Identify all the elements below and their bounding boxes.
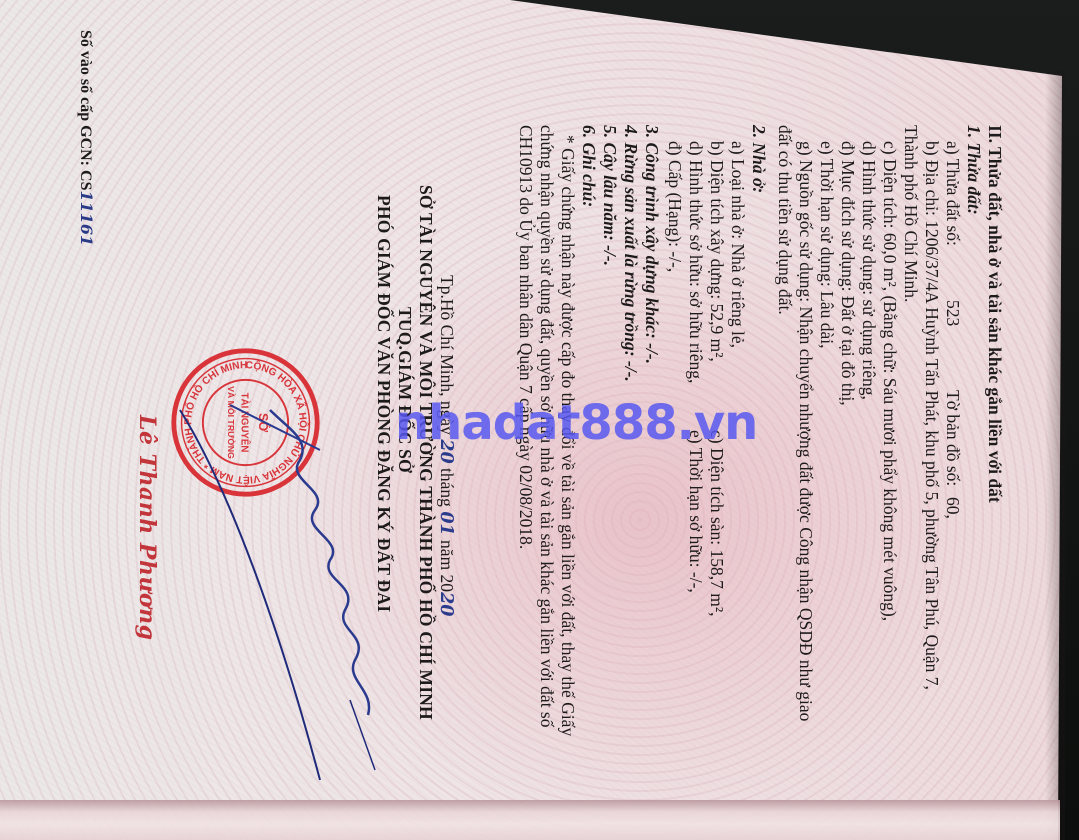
land-parcel-label: a) Thửa đất số:: [942, 141, 963, 246]
notes-heading: 6. Ghi chú:: [578, 125, 599, 207]
signer-title: PHÓ GIÁM ĐỐC VĂN PHÒNG ĐĂNG KÝ ĐẤT ĐAI: [373, 195, 394, 612]
perennial-trees: 5. Cây lâu năm: -/-.: [599, 125, 620, 266]
map-sheet-number: 60,: [942, 497, 963, 519]
watermark-text: nhadat888.vn: [395, 395, 757, 451]
month-label: tháng: [437, 468, 457, 507]
section-title: II. Thửa đất, nhà ở và tài sản khác gắn …: [984, 125, 1005, 503]
land-address-city: Thành phố Hồ Chí Minh.: [900, 125, 921, 302]
land-use-purpose: đ) Mục đích sử dụng: Đất ở tại đô thị,: [837, 141, 858, 406]
land-origin-cont: đất có thu tiền sử dụng đất.: [774, 125, 795, 315]
year-label: năm 20: [437, 540, 457, 592]
house-floor-area: c) Diện tích sàn: 158,7 m²,: [706, 430, 727, 617]
land-address: b) Địa chỉ: 1206/37/4A Huỳnh Tấn Phát, k…: [921, 141, 942, 690]
land-area: c) Diện tích: 60,0 m², (Bằng chữ: Sáu mư…: [879, 141, 900, 621]
date-year-suffix: 20: [436, 592, 456, 616]
signer-name: Lê Thanh Phương: [136, 415, 157, 640]
register-number: Số vào sổ cấp GCN: CS11161: [75, 30, 97, 246]
production-forest: 4. Rừng sản xuất là rừng trồng: -/-.: [620, 125, 641, 382]
certificate-content: II. Thửa đất, nhà ở và tài sản khác gắn …: [45, 95, 1005, 815]
map-sheet-label: Tờ bản đồ số:: [942, 390, 963, 486]
notes-line-3: CH10913 do Ủy ban nhân dân Quận 7 cấp ng…: [515, 125, 536, 549]
date-month: 01: [436, 511, 456, 535]
other-works: 3. Công trình xây dựng khác: -/-.: [641, 125, 662, 364]
land-use-form: d) Hình thức sử dụng: sử dụng riêng,: [858, 141, 879, 400]
house-ownership: d) Hình thức sở hữu: sở hữu riêng,: [685, 141, 706, 383]
house-type: a) Loại nhà ở: Nhà ở riêng lẻ,: [727, 141, 748, 348]
land-use-term: e) Thời hạn sử dụng: Lâu dài,: [816, 141, 837, 348]
land-heading: 1. Thửa đất:: [963, 125, 984, 215]
land-parcel-number: 523: [942, 300, 963, 326]
house-grade: đ) Cấp (Hạng): -/-,: [664, 141, 685, 272]
house-ownership-term: e) Thời hạn sở hữu: -/-,: [685, 430, 706, 593]
register-label: Số vào sổ cấp GCN: CS: [77, 30, 94, 190]
register-serial: 11161: [77, 190, 96, 246]
land-origin: g) Nguồn gốc sử dụng: Nhận chuyển nhượng…: [795, 141, 816, 721]
issuing-agency: SỞ TÀI NGUYÊN VÀ MÔI TRƯỜNG THÀNH PHỐ HỒ…: [415, 185, 436, 720]
house-heading: 2. Nhà ở:: [748, 125, 769, 193]
house-built-area: b) Diện tích xây dựng: 52,9 m²,: [706, 141, 727, 362]
page-edge-shadow: [1045, 70, 1065, 840]
